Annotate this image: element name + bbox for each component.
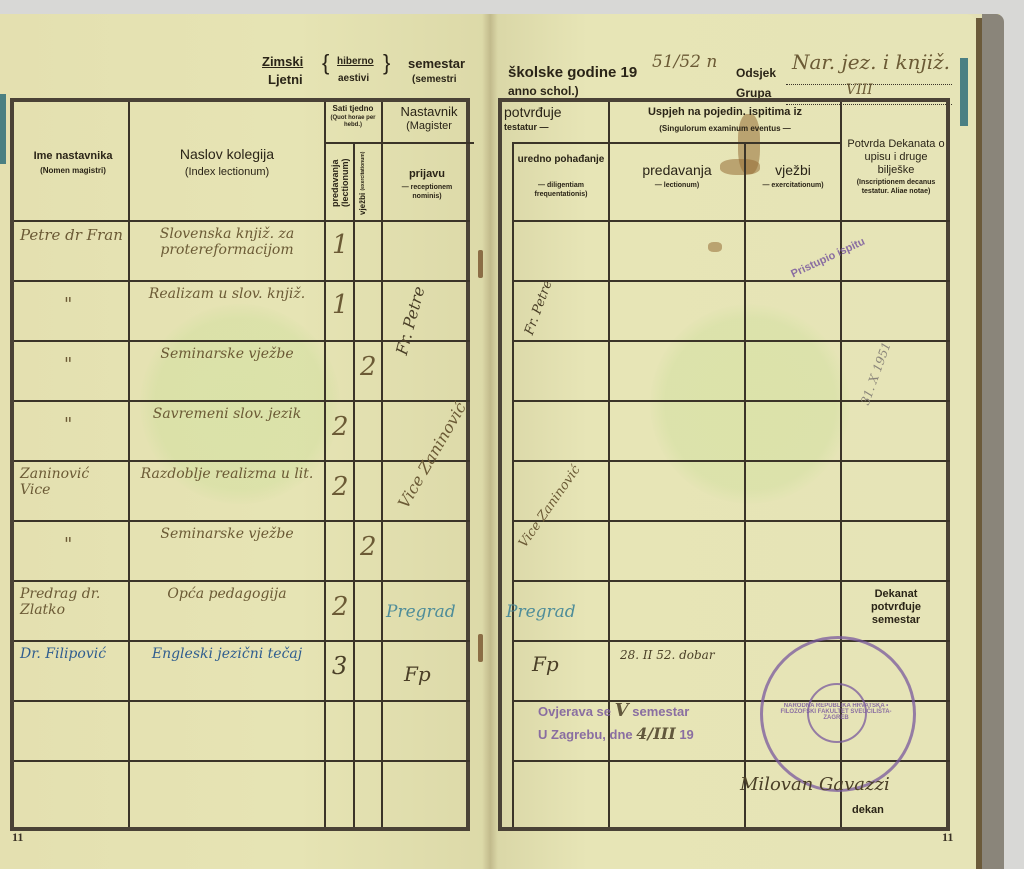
col-confirms-latin: testatur — [502,122,610,132]
brace-left-icon: { [322,50,329,76]
row-course: Savremeni slov. jezik [134,406,320,422]
faculty-seal: NARODNA REPUBLIKA HRVATSKA • FILOZOFSKI … [760,636,916,792]
brace-right-icon: } [383,50,390,76]
row-lectures: 2 [332,412,349,442]
registration-stamp: Pristupio ispitu [789,236,867,281]
teacher-signature: Fp [404,662,431,686]
row-course: Seminarske vježbe [134,346,320,362]
latin-summer: aestivi [338,73,369,84]
group-value: VIII [846,82,873,98]
row-course: Engleski jezični tečaj [134,646,320,662]
dean-confirms-semester: Dekanat potvrđuje semestar [846,588,946,627]
row-teacher: " [64,414,72,435]
col-prijavu-title: prijavu [383,168,471,180]
row-course: Razdoblje realizma u lit. [134,466,320,482]
row-teacher: Predrag dr. Zlatko [20,586,124,618]
row-lectures: 3 [332,652,347,680]
dean-label: dekan [852,804,884,816]
row-course: Realizam u slov. knjiž. [134,286,320,302]
row-course: Opća pedagogija [134,586,320,602]
school-year-latin: anno schol.) [508,84,579,98]
col-lectures-title: predavanja (lectionum) [330,150,350,216]
teacher-signature: Fr. Petre [392,284,429,357]
col-confirms-title: potvrđuje [502,104,610,120]
dean-signature: Milovan Gavazzi [740,774,890,795]
attendance-signature: Pregrad [506,602,576,622]
row-teacher: Zaninović Vice [20,466,124,498]
col-prijavu-latin1: — receptionem [383,184,471,191]
col-dean-notes-latin: (Inscriptionem decanus testatur. Aliae n… [846,178,946,196]
col-exam-lectures-latin: — lectionum) [610,182,744,189]
page-number-right: 11 [942,830,953,845]
col-course-title: Naslov kolegija [130,146,324,162]
row-teacher: Petre dr Fran [20,226,124,244]
row-course: Seminarske vježbe [134,526,320,542]
tape-mark [0,94,6,164]
left-course-table: Ime nastavnika (Nomen magistri) Naslov k… [10,98,470,831]
teacher-signature: Vice Zaninović [394,399,470,512]
col-attendance-title: uredno pohađanje [514,154,608,166]
department-label: Odsjek [736,66,776,80]
col-hours-title: Sati tjedno [325,104,381,113]
row-teacher: " [64,354,72,375]
row-teacher: Dr. Filipović [20,646,124,662]
col-hours-latin: (Quot horae per hebd.) [327,115,379,129]
season-winter: Zimski [262,54,303,69]
row-lectures: 1 [332,230,349,260]
book-gutter [482,14,498,869]
latin-winter: hiberno [337,56,374,67]
col-attendance-latin1: — diligentiam [514,182,608,189]
col-exam-lectures-title: predavanja [610,162,744,178]
col-exam-exercises-latin: — exercitationum) [746,182,840,189]
col-exam-exercises-title: vježbi [746,162,840,178]
col-exercises-title: vježbi (exercitationum) [358,150,367,216]
col-exam-results-title: Uspjeh na pojedin. ispitima iz [610,106,840,118]
tape-mark [960,58,968,126]
row-lectures: 2 [332,592,349,622]
school-year-value: 51/52 n [652,52,717,72]
col-nastavnik-latin: (Magister [384,120,474,132]
page-number-left: 11 [12,830,23,845]
semestri-label: (semestri [412,74,456,85]
index-book: Zimski Ljetni { hiberno aestivi } semest… [0,14,1000,869]
row-exercises: 2 [360,352,377,382]
col-attendance-latin2: frequentationis) [514,191,608,198]
right-page: školske godine 19 51/52 n anno schol.) O… [490,14,976,869]
attendance-signature: Fp [532,652,559,676]
row-exercises: 2 [360,532,377,562]
col-teacher-latin: (Nomen magistri) [18,166,128,175]
semester-stamp-line1: Ovjerava se V semestar [538,700,689,721]
semester-stamp-line2: U Zagrebu, dne 4/III 19 [538,724,694,743]
col-exam-results-latin: (Singulorum examinum eventus — [610,124,840,133]
attendance-signature: Vice Zaninović [516,463,584,551]
pencil-note: 31. X 1951 [858,340,894,407]
col-prijavu-latin2: nominis) [383,193,471,200]
col-teacher-title: Ime nastavnika [18,150,128,162]
row-course: Slovenska knjiž. za protereformacijom [134,226,320,258]
season-summer: Ljetni [268,72,303,87]
school-year-label: školske godine 19 [508,64,637,81]
row-lectures: 1 [332,290,349,320]
teacher-signature: Pregrad [386,602,456,622]
semestar-label: semestar [408,56,465,71]
department-value: Nar. jez. i knjiž. [792,50,950,74]
row-teacher: " [64,294,72,315]
row-lectures: 2 [332,472,349,502]
row-teacher: " [64,534,72,555]
book-cover [982,14,1004,869]
col-nastavnik-title: Nastavnik [384,104,474,119]
left-page: Zimski Ljetni { hiberno aestivi } semest… [0,14,490,869]
exam-grade: 28. II 52. dobar [620,648,730,662]
attendance-signature: Fr. Petre [522,278,556,337]
col-course-latin: (Index lectionum) [130,166,324,178]
col-dean-notes-title: Potvrda Dekanata o upisu i druge bilješk… [846,138,946,177]
seal-text: NARODNA REPUBLIKA HRVATSKA • FILOZOFSKI … [771,703,901,721]
